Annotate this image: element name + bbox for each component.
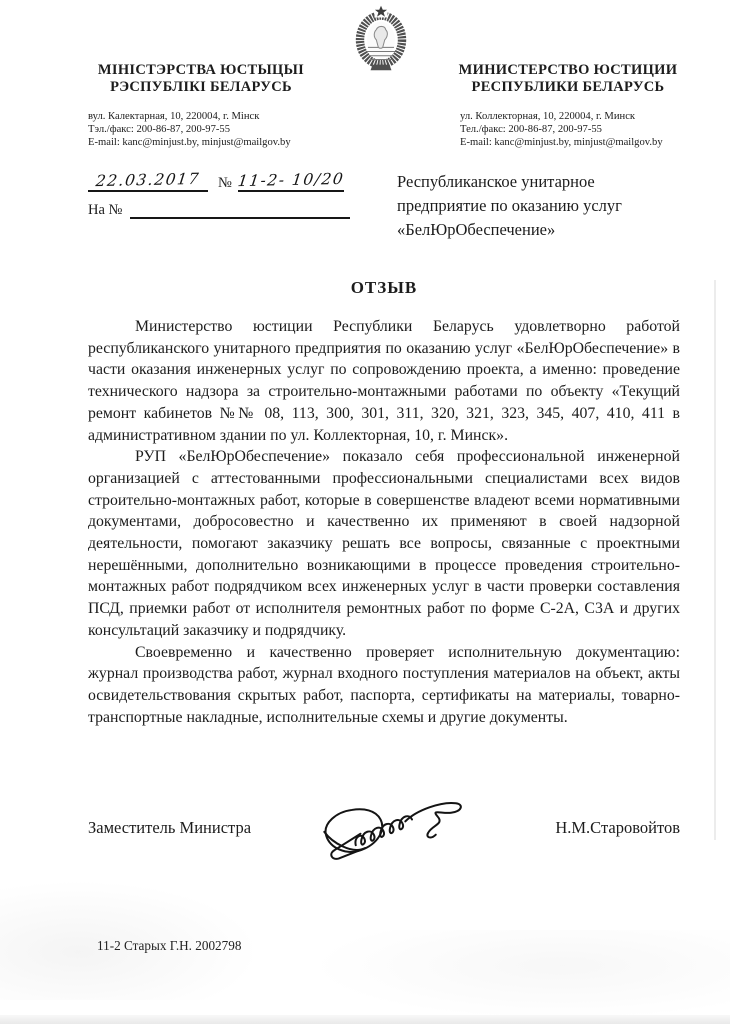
paragraph: Министерство юстиции Республики Беларусь… <box>88 316 680 446</box>
handwritten-number: 11-2- 10/20 <box>237 170 346 190</box>
address-line: Тэл./факс: 200-86-87, 200-97-55 <box>88 123 316 136</box>
letterhead-belarusian: МІНІСТЭРСТВА ЮСТЫЦЫІ РЭСПУБЛІКІ БЕЛАРУСЬ… <box>86 62 316 149</box>
signatory-name: Н.М.Старовойтов <box>500 818 680 838</box>
number-sign-label: № <box>208 175 238 192</box>
paragraph: Своевременно и качественно проверяет исп… <box>88 642 680 729</box>
letterhead-russian: МИНИСТЕРСТВО ЮСТИЦИИ РЕСПУБЛИКИ БЕЛАРУСЬ… <box>448 62 688 149</box>
scan-edge-artifact <box>714 280 716 840</box>
coat-of-arms-icon <box>353 4 409 72</box>
scan-noise <box>310 930 730 1020</box>
footer-reference-note: 11-2 Старых Г.Н. 2002798 <box>97 938 241 954</box>
scan-edge-artifact <box>0 1015 730 1024</box>
document-body: Министерство юстиции Республики Беларусь… <box>88 316 680 728</box>
handwritten-signature-icon <box>310 790 472 868</box>
org-name-line: МИНИСТЕРСТВО ЮСТИЦИИ <box>448 62 688 79</box>
fill-in-line-reply <box>130 217 350 219</box>
recipient-line: предприятие по оказанию услуг <box>397 194 665 218</box>
document-title: ОТЗЫВ <box>88 278 680 298</box>
recipient-block: Республиканское унитарное предприятие по… <box>397 170 665 242</box>
fill-in-line-number: 11-2- 10/20 <box>238 171 344 192</box>
address-line: вул. Калектарная, 10, 220004, г. Мінск <box>88 110 316 123</box>
address-line: E-mail: kanc@minjust.by, minjust@mailgov… <box>460 136 688 149</box>
document-page: МІНІСТЭРСТВА ЮСТЫЦЫІ РЭСПУБЛІКІ БЕЛАРУСЬ… <box>0 0 730 1024</box>
org-name-line: РЭСПУБЛІКІ БЕЛАРУСЬ <box>86 79 316 96</box>
recipient-line: Республиканское унитарное <box>397 170 665 194</box>
address-line: Тел./факс: 200-86-87, 200-97-55 <box>460 123 688 136</box>
signatory-position-label: Заместитель Министра <box>88 818 251 838</box>
org-name-line: МІНІСТЭРСТВА ЮСТЫЦЫІ <box>86 62 316 79</box>
org-name-line: РЕСПУБЛИКИ БЕЛАРУСЬ <box>448 79 688 96</box>
reply-to-label: На № <box>88 202 130 219</box>
address-line: E-mail: kanc@minjust.by, minjust@mailgov… <box>88 136 316 149</box>
paragraph: РУП «БелЮрОбеспечение» показало себя про… <box>88 446 680 641</box>
recipient-line: «БелЮрОбеспечение» <box>397 218 665 242</box>
fill-in-line-date: 22.03.2017 <box>88 171 208 192</box>
handwritten-date: 22.03.2017 <box>95 170 201 190</box>
reference-block: 22.03.2017 № 11-2- 10/20 На № <box>88 168 350 219</box>
address-line: ул. Коллекторная, 10, 220004, г. Минск <box>460 110 688 123</box>
